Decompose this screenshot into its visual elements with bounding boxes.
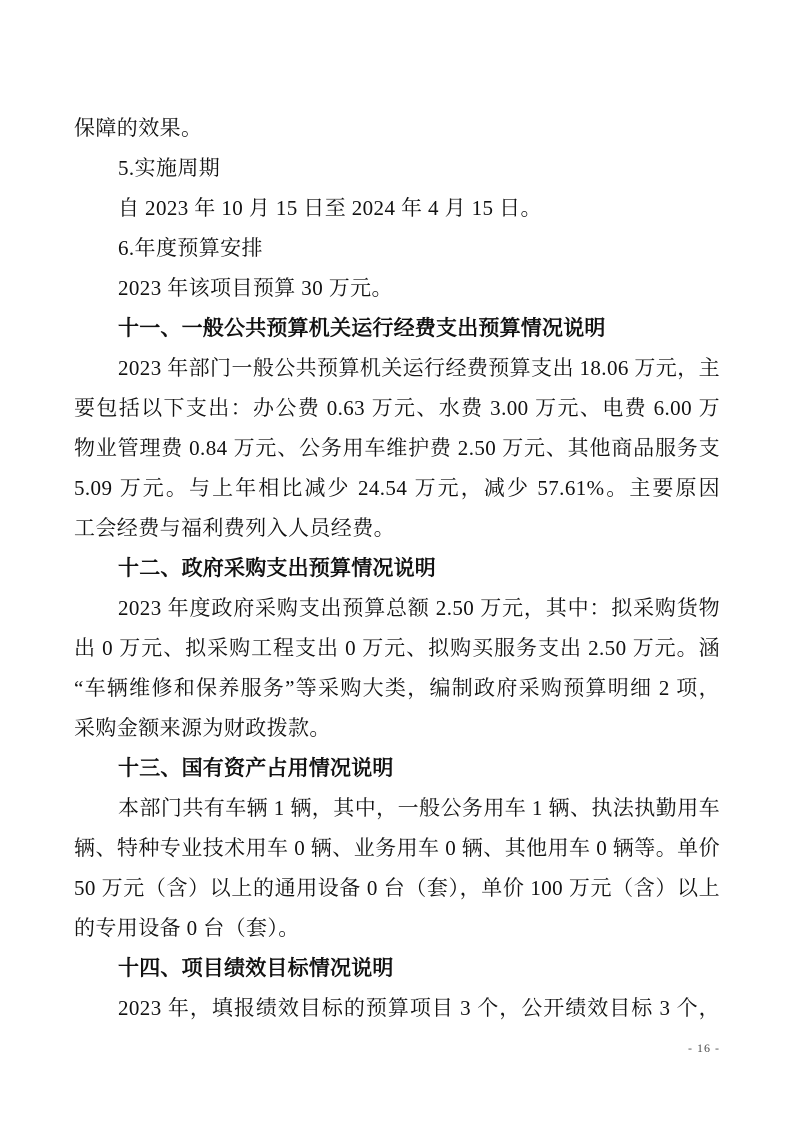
body-line: 自 2023 年 10 月 15 日至 2024 年 4 月 15 日。 [74,188,720,228]
body-line: 本部门共有车辆 1 辆，其中，一般公务用车 1 辆、执法执勤用车 0 [74,788,720,828]
body-line: 辆、特种专业技术用车 0 辆、业务用车 0 辆、其他用车 0 辆等。单价 [74,828,720,868]
body-line: 6.年度预算安排 [74,228,720,268]
section-heading: 十三、国有资产占用情况说明 [74,748,720,788]
page-number: - 16 - [688,1040,720,1056]
body-line: 要包括以下支出：办公费 0.63 万元、水费 3.00 万元、电费 6.00 万… [74,388,720,428]
body-line: “车辆维修和保养服务”等采购大类，编制政府采购预算明细 2 项， [74,668,720,708]
body-line: 5.09 万元。与上年相比减少 24.54 万元，减少 57.61%。主要原因是… [74,468,720,508]
body-line: 物业管理费 0.84 万元、公务用车维护费 2.50 万元、其他商品服务支出 [74,428,720,468]
section-heading: 十四、项目绩效目标情况说明 [74,948,720,988]
document-page: 保障的效果。5.实施周期自 2023 年 10 月 15 日至 2024 年 4… [0,0,794,1123]
body-line: 2023 年部门一般公共预算机关运行经费预算支出 18.06 万元，主 [74,348,720,388]
body-line: 2023 年，填报绩效目标的预算项目 3 个，公开绩效目标 3 个，公 [74,988,720,1028]
body-line: 出 0 万元、拟采购工程支出 0 万元、拟购买服务支出 2.50 万元。涵盖 [74,628,720,668]
body-line: 工会经费与福利费列入人员经费。 [74,508,720,548]
section-heading: 十二、政府采购支出预算情况说明 [74,548,720,588]
body-line: 采购金额来源为财政拨款。 [74,708,720,748]
body-line: 2023 年该项目预算 30 万元。 [74,268,720,308]
body-line: 的专用设备 0 台（套）。 [74,908,720,948]
section-heading: 十一、一般公共预算机关运行经费支出预算情况说明 [74,308,720,348]
document-content: 保障的效果。5.实施周期自 2023 年 10 月 15 日至 2024 年 4… [74,108,720,1028]
body-line: 50 万元（含）以上的通用设备 0 台（套），单价 100 万元（含）以上 [74,868,720,908]
body-line: 保障的效果。 [74,108,720,148]
body-line: 5.实施周期 [74,148,720,188]
body-line: 2023 年度政府采购支出预算总额 2.50 万元，其中：拟采购货物支 [74,588,720,628]
